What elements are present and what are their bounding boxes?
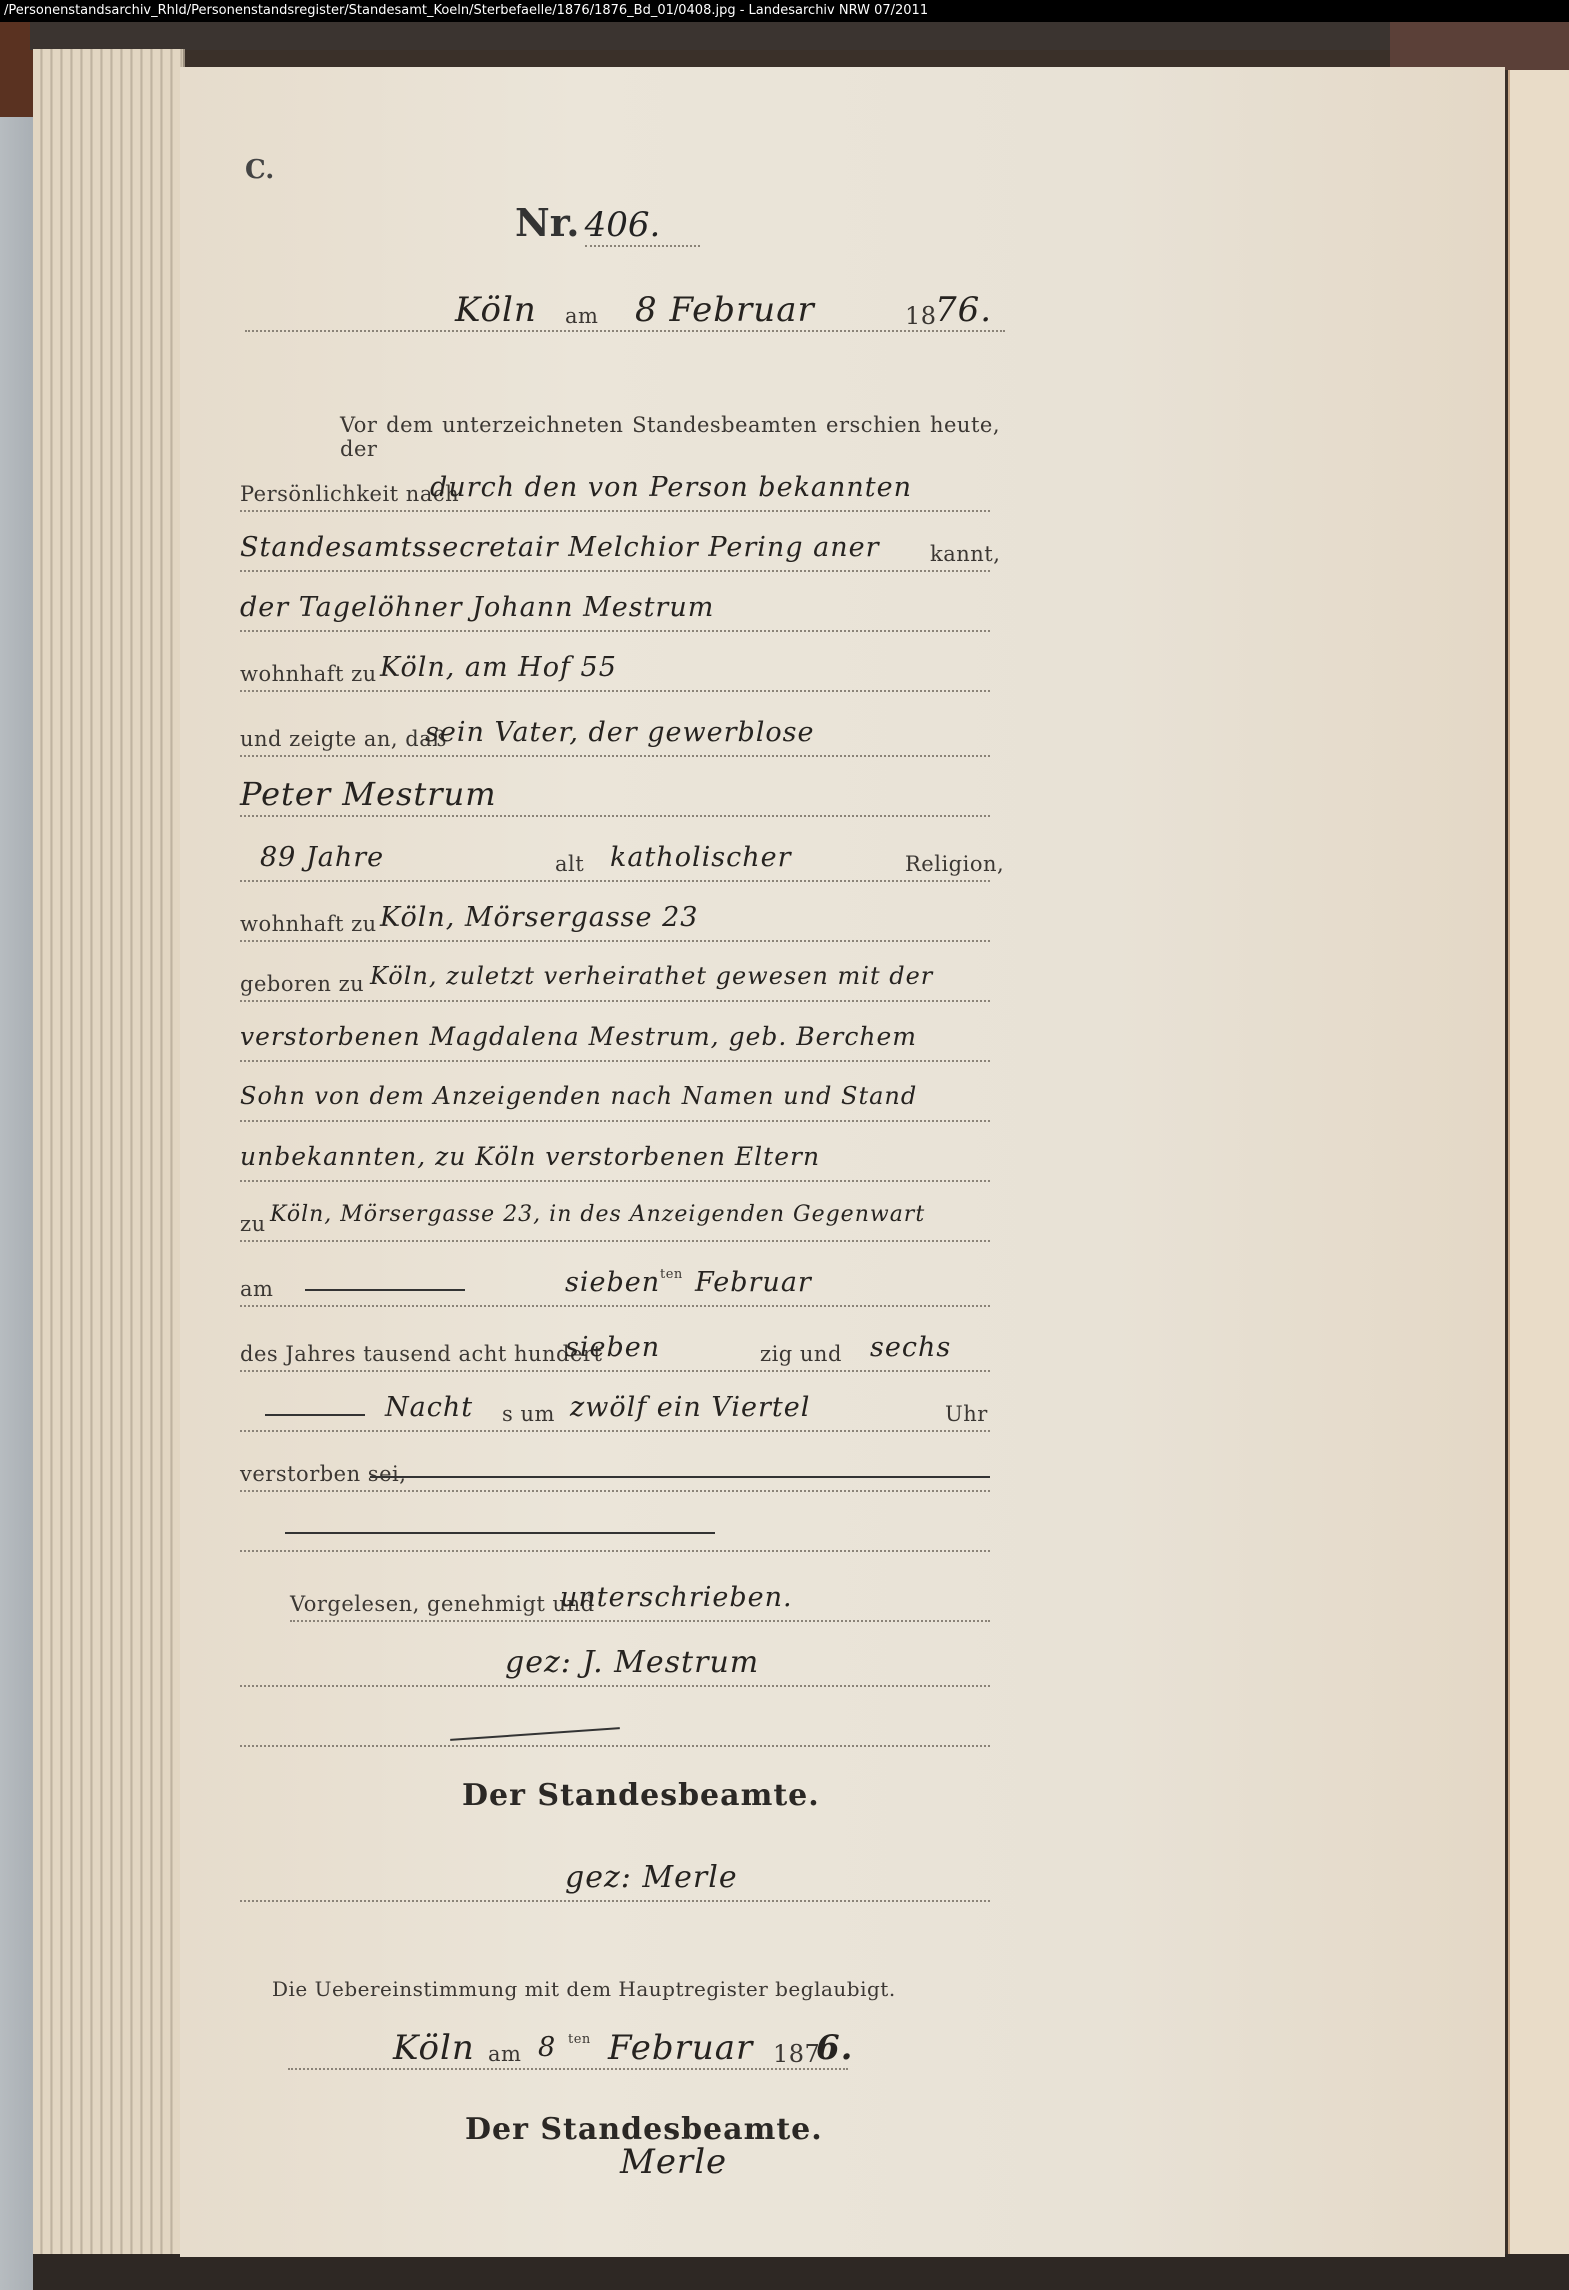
deceased-residence-hand: Köln, Mörsergasse 23 — [380, 902, 698, 933]
wohnhaft-label: wohnhaft zu — [240, 662, 377, 686]
spouse-hand: verstorbenen Magdalena Mestrum, geb. Ber… — [240, 1022, 917, 1051]
filler-stroke-2 — [265, 1414, 365, 1416]
year-hand: 76. — [935, 290, 992, 330]
death-place-hand: Köln, Mörsergasse 23, in des Anzeigenden… — [270, 1202, 925, 1227]
death-year-line: des Jahres tausend acht hundert sieben z… — [240, 1330, 990, 1372]
death-time-line: Nacht s um zwölf ein Viertel Uhr — [240, 1390, 990, 1432]
pers-line: Persönlichkeit nach durch den von Person… — [240, 470, 990, 512]
record-date-line: Köln am 8 Februar 18 76. — [245, 290, 1005, 332]
zig-label: zig und — [760, 1342, 842, 1366]
pers-hand: durch den von Person bekannten — [430, 472, 912, 503]
vorgelesen-label: Vorgelesen, genehmigt und — [290, 1592, 595, 1616]
filler-stroke-3 — [370, 1476, 990, 1478]
cert-am-label: am — [488, 2042, 521, 2066]
am-label-2: am — [240, 1277, 273, 1301]
pers-label: Persönlichkeit nach — [240, 482, 459, 506]
page-edges-stack — [33, 49, 185, 2254]
night-hand: Nacht — [385, 1392, 473, 1423]
birthplace-hand: Köln, zuletzt verheirathet gewesen mit d… — [370, 962, 933, 990]
death-day-line: am sieben ten Februar — [240, 1265, 990, 1307]
unit-hand: sechs — [870, 1332, 951, 1363]
parents-line: unbekannten, zu Köln verstorbenen Eltern — [240, 1140, 990, 1182]
age-hand: 89 Jahre — [260, 842, 384, 873]
parents-hand: unbekannten, zu Köln verstorbenen Eltern — [240, 1142, 820, 1171]
informant-residence-hand: Köln, am Hof 55 — [380, 652, 617, 683]
jahres-label: des Jahres tausend acht hundert — [240, 1342, 602, 1366]
kannt-label: kannt, — [930, 542, 1000, 566]
geboren-label: geboren zu — [240, 972, 364, 996]
certification-date-line: Köln am 8 ten Februar 187 6. — [288, 2028, 848, 2070]
informant-signature: gez: J. Mestrum — [505, 1645, 759, 1680]
witness-line: Standesamtssecretair Melchior Pering ane… — [240, 530, 990, 572]
zeigte-label: und zeigte an, daß — [240, 727, 447, 751]
vorgelesen-line: Vorgelesen, genehmigt und unterschrieben… — [290, 1580, 990, 1622]
decade-hand: sieben — [565, 1332, 660, 1363]
informant-signature-line: gez: J. Mestrum — [240, 1645, 990, 1687]
cert-ten-suffix: ten — [568, 2032, 591, 2047]
place-hand: Köln — [455, 290, 537, 330]
deceased-name-line: Peter Mestrum — [240, 775, 990, 817]
date-hand: 8 Februar — [635, 290, 815, 330]
religion-hand: katholischer — [610, 842, 791, 873]
ten-suffix: ten — [660, 1267, 683, 1282]
zeigte-hand: sein Vater, der gewerblose — [425, 717, 815, 748]
flourish-stroke — [450, 1727, 620, 1741]
time-hand: zwölf ein Viertel — [570, 1392, 810, 1423]
deceased-residence-line: wohnhaft zu Köln, Mörsergasse 23 — [240, 900, 990, 942]
death-place-line: zu Köln, Mörsergasse 23, in des Anzeigen… — [240, 1200, 990, 1242]
year-printed: 18 — [905, 302, 937, 330]
intro-text: Vor dem unterzeichneten Standesbeamten e… — [340, 413, 1000, 461]
cert-day-hand: 8 — [538, 2032, 556, 2063]
cert-year-printed: 187 — [773, 2040, 820, 2068]
s-um-label: s um — [502, 1402, 555, 1426]
vorgelesen-hand: unterschrieben. — [560, 1582, 793, 1613]
blank-line — [240, 1510, 990, 1552]
page-mark: C. — [245, 155, 274, 185]
death-month-hand: Februar — [695, 1267, 812, 1298]
official-signature: gez: Merle — [565, 1860, 738, 1895]
cert-place-hand: Köln — [393, 2028, 475, 2068]
official-signature-line: gez: Merle — [240, 1860, 990, 1902]
am-label: am — [565, 304, 598, 328]
record-number: Nr. 406. — [515, 200, 700, 245]
signature-flourish-line — [240, 1705, 990, 1747]
certification-text: Die Uebereinstimmung mit dem Hauptregist… — [272, 1977, 896, 2001]
verstorben-label: verstorben sei, — [240, 1462, 406, 1486]
informant-line: der Tagelöhner Johann Mestrum — [240, 590, 990, 632]
age-religion-line: 89 Jahre alt katholischer Religion, — [240, 840, 990, 882]
book-bottom-edge — [33, 2254, 1569, 2290]
book-cover-top — [30, 22, 1569, 50]
spouse-line: verstorbenen Magdalena Mestrum, geb. Ber… — [240, 1020, 990, 1062]
birthplace-line: geboren zu Köln, zuletzt verheirathet ge… — [240, 960, 990, 1002]
facing-page-edge — [1508, 70, 1569, 2255]
file-path-title: /Personenstandsarchiv_Rhld/Personenstand… — [4, 3, 928, 18]
son-line: Sohn von dem Anzeigenden nach Namen und … — [240, 1080, 990, 1122]
number-value: 406. — [585, 205, 701, 247]
window-title-bar: /Personenstandsarchiv_Rhld/Personenstand… — [0, 0, 1569, 22]
religion-label: Religion, — [905, 852, 1004, 876]
zu-label: zu — [240, 1212, 266, 1236]
death-day-hand: sieben — [565, 1267, 660, 1298]
informant-hand: der Tagelöhner Johann Mestrum — [240, 592, 714, 623]
filler-stroke — [305, 1289, 465, 1291]
cert-year-hand: 6. — [816, 2028, 854, 2068]
wohnhaft2-label: wohnhaft zu — [240, 912, 377, 936]
witness-hand: Standesamtssecretair Melchior Pering ane… — [240, 532, 880, 563]
number-label: Nr. — [515, 200, 580, 245]
filler-stroke-4 — [285, 1532, 715, 1534]
informant-residence-line: wohnhaft zu Köln, am Hof 55 — [240, 650, 990, 692]
cert-month-hand: Februar — [608, 2028, 753, 2068]
official-title: Der Standesbeamte. — [462, 1778, 820, 1813]
cert-official-signature: Merle — [620, 2142, 727, 2182]
alt-label: alt — [555, 852, 584, 876]
son-hand: Sohn von dem Anzeigenden nach Namen und … — [240, 1082, 917, 1110]
verstorben-line: verstorben sei, — [240, 1450, 990, 1492]
uhr-label: Uhr — [945, 1402, 988, 1426]
book-cover-right — [1390, 22, 1569, 70]
zeigte-line: und zeigte an, daß sein Vater, der gewer… — [240, 715, 990, 757]
deceased-name-hand: Peter Mestrum — [240, 775, 497, 813]
